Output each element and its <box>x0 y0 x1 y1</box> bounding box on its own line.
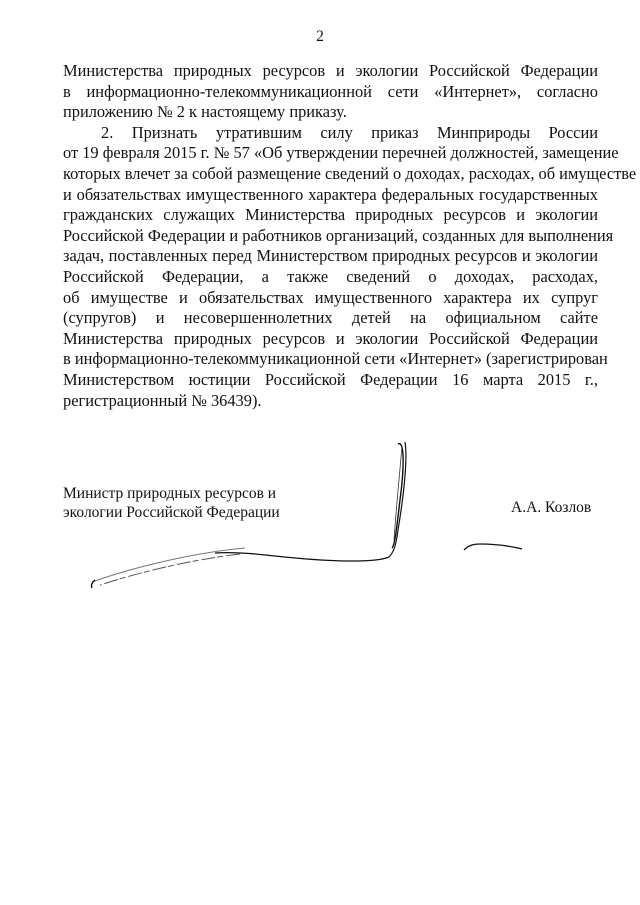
signatory-title-line: Министр природных ресурсов и <box>63 484 280 503</box>
signatory-title-line: экологии Российской Федерации <box>63 503 280 522</box>
text-line: в информационно-телекоммуникационной сет… <box>63 82 598 103</box>
text-line: задач, поставленных перед Министерством … <box>63 246 598 267</box>
text-line: регистрационный № 36439). <box>63 391 598 412</box>
text-line: в информационно-телекоммуникационной сет… <box>63 349 598 370</box>
text-line: которых влечет за собой размещение сведе… <box>63 164 598 185</box>
text-line: Российской Федерации и работников органи… <box>63 226 598 247</box>
text-line: Министерства природных ресурсов и эколог… <box>63 61 598 82</box>
text-line: от 19 февраля 2015 г. № 57 «Об утвержден… <box>63 143 598 164</box>
text-line: об имуществе и обязательствах имуществен… <box>63 288 598 309</box>
text-line: Министерства природных ресурсов и эколог… <box>63 329 598 350</box>
text-line: и обязательствах имущественного характер… <box>63 185 598 206</box>
page-number: 2 <box>0 28 640 46</box>
text-line: гражданских служащих Министерства природ… <box>63 205 598 226</box>
text-line: (супругов) и несовершеннолетних детей на… <box>63 308 598 329</box>
text-line: Российской Федерации, а также сведений о… <box>63 267 598 288</box>
signatory-title: Министр природных ресурсов и экологии Ро… <box>63 484 280 522</box>
document-page: 2 Министерства природных ресурсов и экол… <box>0 0 640 905</box>
signatory-name: А.А. Козлов <box>511 499 591 517</box>
document-body: Министерства природных ресурсов и эколог… <box>63 61 598 411</box>
text-line: приложению № 2 к настоящему приказу. <box>63 102 598 123</box>
text-line: 2. Признать утратившим силу приказ Минпр… <box>63 123 598 144</box>
text-line: Министерством юстиции Российской Федерац… <box>63 370 598 391</box>
